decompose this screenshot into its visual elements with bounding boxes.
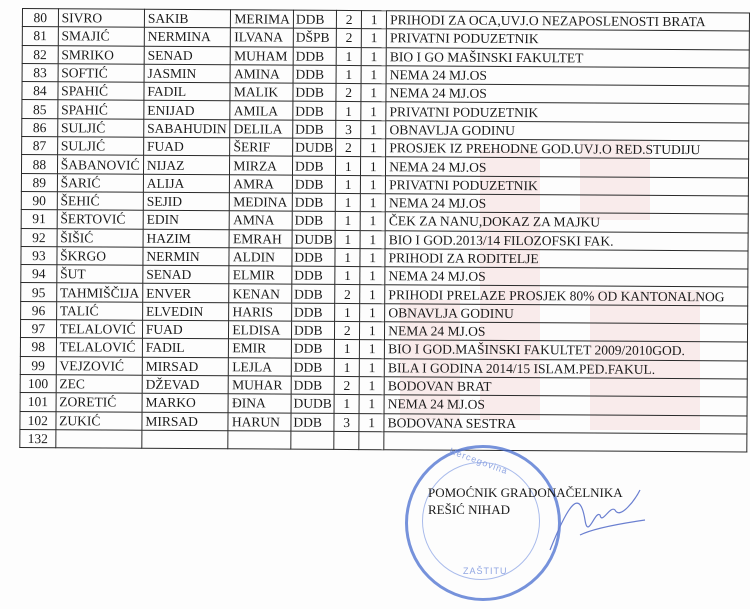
cell-n2: 1 (359, 395, 384, 413)
cell-num: 84 (22, 82, 58, 101)
cell-n2: 1 (360, 248, 385, 266)
cell-note: PROSJEK IZ PREHODNE GOD.UVJ.O RED.STUDIJ… (386, 139, 749, 160)
cell-num: 88 (21, 155, 57, 174)
cell-parent (228, 431, 291, 450)
cell-cat: DDB (293, 120, 336, 139)
cell-n1: 1 (336, 175, 361, 193)
cell-n2: 1 (360, 340, 385, 358)
cell-first: ENVER (143, 284, 230, 303)
cell-parent: AMRA (230, 174, 293, 193)
cell-note: NEMA 24 MJ.OS (385, 267, 748, 288)
cell-surname: ZORETIĆ (56, 393, 142, 412)
cell-parent: AMINA (230, 65, 293, 84)
cell-note: BILA I GODINA 2014/15 ISLAM.PED.FAKUL. (384, 358, 747, 379)
cell-note: PRIVATNI PODUZETNIK (386, 29, 749, 50)
cell-surname: TALIĆ (56, 301, 142, 320)
cell-parent: DELILA (230, 120, 293, 139)
cell-num: 132 (20, 429, 56, 448)
cell-num: 87 (22, 137, 58, 156)
cell-num: 98 (20, 338, 56, 357)
cell-first: FUAD (142, 320, 229, 339)
cell-cat: DDB (291, 321, 334, 340)
cell-surname: SPAHIĆ (58, 82, 144, 101)
cell-n1: 2 (336, 29, 361, 47)
cell-n2: 1 (361, 102, 386, 120)
cell-num: 95 (21, 283, 57, 302)
cell-first: MARKO (142, 393, 229, 412)
cell-n2: 1 (360, 322, 385, 340)
cell-n1: 1 (335, 267, 360, 285)
cell-surname: SMAJIĆ (58, 27, 144, 46)
cell-note (384, 432, 747, 453)
cell-cat: DDB (292, 248, 335, 267)
cell-cat: DDB (292, 193, 335, 212)
cell-surname: ŠERTOVIĆ (57, 210, 143, 229)
signatory-title: POMOĆNIK GRADONAČELNIKA (428, 484, 623, 501)
cell-n1: 2 (336, 84, 361, 102)
cell-parent: ŠERIF (230, 138, 293, 157)
cell-parent: AMILA (230, 101, 293, 120)
cell-first: NERMIN (143, 247, 230, 266)
signature-block: POMOĆNIK GRADONAČELNIKA REŠIĆ NIHAD (428, 484, 623, 518)
cell-parent: ILVANA (231, 28, 294, 47)
cell-num: 90 (21, 191, 57, 210)
cell-num: 92 (21, 228, 57, 247)
cell-note: PRIHODI ZA OCA,UVJ.O NEZAPOSLENOSTI BRAT… (387, 11, 750, 32)
cell-parent: HARUN (228, 412, 291, 431)
cell-note: PRIHODI PRELAZE PROSJEK 80% OD KANTONALN… (385, 285, 748, 306)
cell-n1: 2 (336, 138, 361, 156)
cell-first: FADIL (144, 82, 231, 101)
cell-first: EDIN (143, 211, 230, 230)
cell-parent: MUHAR (229, 376, 292, 395)
cell-n2: 1 (361, 120, 386, 138)
cell-surname: SOFTIĆ (58, 64, 144, 83)
cell-surname: ŠIŠIĆ (57, 228, 143, 247)
cell-first: ALIJA (143, 174, 230, 193)
cell-cat: DDB (292, 157, 335, 176)
cell-first: SENAD (143, 265, 230, 284)
cell-cat: DŠPB (293, 28, 336, 47)
cell-n1: 1 (335, 193, 360, 211)
cell-num: 82 (22, 45, 58, 64)
cell-surname: SIVRO (58, 9, 144, 28)
cell-n1: 2 (335, 321, 360, 339)
cell-num: 96 (21, 301, 57, 320)
cell-parent: HARIS (229, 303, 292, 322)
cell-n2: 1 (360, 303, 385, 321)
cell-n2: 1 (361, 65, 386, 83)
cell-note: NEMA 24 MJ.OS (384, 395, 747, 416)
cell-n2: 1 (360, 194, 385, 212)
cell-cat: DDB (293, 102, 336, 121)
cell-n2: 1 (359, 377, 384, 395)
cell-n1: 3 (336, 120, 361, 138)
table-row: 132 (20, 429, 747, 452)
cell-cat: DUDB (292, 230, 335, 249)
cell-cat: DDB (292, 211, 335, 230)
cell-n1: 2 (335, 285, 360, 303)
cell-n1: 1 (335, 248, 360, 266)
cell-num: 89 (21, 173, 57, 192)
cell-surname: VEJZOVIĆ (56, 356, 142, 375)
cell-parent: ALDIN (229, 248, 292, 267)
cell-n1: 1 (335, 340, 360, 358)
cell-n1: 3 (334, 413, 359, 431)
cell-num: 101 (20, 393, 56, 412)
cell-cat: DDB (292, 266, 335, 285)
applicants-table: 80SIVROSAKIBMERIMADDB21PRIHODI ZA OCA,UV… (19, 8, 750, 453)
official-stamp: Hercegovina ZAŠTITU (405, 445, 561, 601)
cell-num: 93 (21, 246, 57, 265)
cell-cat: DDB (291, 376, 334, 395)
cell-first (142, 430, 229, 449)
cell-note: PRIVATNI PODUZETNIK (386, 175, 749, 196)
cell-surname: SMRIKO (58, 45, 144, 64)
cell-note: NEMA 24 MJ.OS (385, 322, 748, 343)
cell-cat: DDB (292, 285, 335, 304)
cell-n1: 1 (336, 102, 361, 120)
cell-parent: MEDINA (230, 193, 293, 212)
cell-n1: 1 (334, 358, 359, 376)
cell-first: ENIJAD (144, 101, 231, 120)
cell-first: FADIL (142, 339, 229, 358)
cell-first: SENAD (144, 46, 231, 65)
cell-parent: EMRAH (229, 229, 292, 248)
cell-num: 80 (22, 9, 58, 28)
cell-surname: SULJIĆ (57, 137, 143, 156)
cell-cat: DDB (291, 339, 334, 358)
cell-note: BODOVANA SESTRA (384, 413, 747, 434)
cell-num: 94 (21, 265, 57, 284)
cell-first: NERMINA (144, 28, 231, 47)
cell-parent: MERIMA (231, 10, 294, 29)
cell-n2: 1 (361, 175, 386, 193)
cell-cat: DUDB (293, 138, 336, 157)
cell-first: ELVEDIN (143, 302, 230, 321)
cell-parent: ELMIR (229, 266, 292, 285)
cell-first: MIRSAD (142, 357, 229, 376)
cell-parent: MUHAM (231, 46, 294, 65)
cell-cat: DDB (293, 47, 336, 66)
cell-n2: 1 (360, 212, 385, 230)
cell-num: 85 (22, 100, 58, 119)
stamp-bottom-text: ZAŠTITU (463, 566, 508, 576)
cell-n2: 1 (361, 84, 386, 102)
cell-note: NEMA 24 MJ.OS (386, 84, 749, 105)
cell-n2: 1 (361, 29, 386, 47)
cell-first: FUAD (144, 137, 231, 156)
cell-surname: ZEC (56, 375, 142, 394)
cell-first: MIRSAD (142, 412, 229, 431)
cell-num: 100 (20, 374, 56, 393)
cell-note: NEMA 24 MJ.OS (386, 157, 749, 178)
cell-first: SAKIB (144, 9, 231, 28)
cell-n2: 1 (360, 230, 385, 248)
cell-cat: DDB (293, 10, 336, 29)
cell-n1: 2 (334, 376, 359, 394)
cell-first: JASMIN (144, 64, 231, 83)
cell-num: 83 (22, 63, 58, 82)
cell-cat (291, 431, 334, 450)
cell-n2: 1 (361, 47, 386, 65)
cell-num: 91 (21, 210, 57, 229)
cell-n2: 1 (361, 157, 386, 175)
cell-cat: DDB (292, 303, 335, 322)
cell-parent: ĐINA (228, 394, 291, 413)
cell-first: DŽEVAD (142, 375, 229, 394)
cell-note: NEMA 24 MJ.OS (386, 66, 749, 87)
cell-surname: ZUKIĆ (56, 411, 142, 430)
cell-n1: 1 (335, 230, 360, 248)
cell-note: NEMA 24 MJ.OS (385, 194, 748, 215)
cell-n2: 1 (359, 358, 384, 376)
cell-n1 (334, 431, 359, 449)
cell-n1: 1 (335, 212, 360, 230)
cell-surname (56, 430, 142, 449)
cell-n2 (359, 431, 384, 449)
cell-n1: 1 (334, 395, 359, 413)
cell-note: ČEK ZA NANU,DOKAZ ZA MAJKU (385, 212, 748, 233)
cell-note: OBNAVLJA GODINU (386, 121, 749, 142)
cell-cat: DDB (291, 413, 334, 432)
cell-surname: TELALOVIĆ (56, 338, 142, 357)
cell-n1: 1 (335, 303, 360, 321)
cell-cat: DUDB (291, 394, 334, 413)
cell-note: OBNAVLJA GODINU (385, 303, 748, 324)
cell-parent: MALIK (230, 83, 293, 102)
cell-cat: DDB (291, 358, 334, 377)
cell-surname: TAHMIŠČIJA (56, 283, 142, 302)
cell-num: 86 (22, 118, 58, 137)
cell-surname: TELALOVIĆ (56, 320, 142, 339)
cell-cat: DDB (293, 83, 336, 102)
cell-note: BIO I GOD.MAŠINSKI FAKULTET 2009/2010GOD… (385, 340, 748, 361)
cell-first: SEJID (143, 192, 230, 211)
signatory-name: REŠIĆ NIHAD (428, 501, 623, 518)
cell-num: 102 (20, 411, 56, 430)
cell-n1: 1 (336, 47, 361, 65)
cell-note: BIO I GOD.2013/14 FILOZOFSKI FAK. (385, 230, 748, 251)
cell-n2: 1 (362, 11, 387, 29)
cell-surname: ŠUT (57, 265, 143, 284)
cell-surname: ŠABANOVIĆ (57, 155, 143, 174)
cell-note: BIO I GO MAŠINSKI FAKULTET (386, 47, 749, 68)
cell-surname: ŠARIĆ (57, 173, 143, 192)
cell-note: BODOVAN BRAT (384, 377, 747, 398)
cell-parent: AMNA (230, 211, 293, 230)
cell-surname: SULJIĆ (57, 119, 143, 138)
cell-surname: SPAHIĆ (58, 100, 144, 119)
cell-parent: ELDISA (229, 321, 292, 340)
cell-n1: 1 (336, 157, 361, 175)
cell-note: PRIHODI ZA RODITELJE (385, 249, 748, 270)
cell-n2: 1 (360, 285, 385, 303)
cell-note: PRIVATNI PODUZETNIK (386, 102, 749, 123)
cell-first: NIJAZ (143, 156, 230, 175)
cell-first: SABAHUDIN (144, 119, 231, 138)
cell-num: 99 (20, 356, 56, 375)
cell-parent: MIRZA (230, 156, 293, 175)
cell-first: HAZIM (143, 229, 230, 248)
cell-n2: 1 (359, 413, 384, 431)
cell-surname: ŠEHIĆ (57, 192, 143, 211)
cell-parent: EMIR (229, 339, 292, 358)
cell-n2: 1 (361, 139, 386, 157)
cell-surname: ŠKRGO (57, 247, 143, 266)
cell-n2: 1 (360, 267, 385, 285)
cell-n1: 1 (336, 65, 361, 83)
cell-cat: DDB (293, 65, 336, 84)
cell-parent: LEJLA (229, 357, 292, 376)
cell-num: 97 (20, 320, 56, 339)
cell-parent: KENAN (229, 284, 292, 303)
cell-n1: 2 (337, 10, 362, 28)
cell-cat: DDB (292, 175, 335, 194)
cell-num: 81 (22, 27, 58, 46)
